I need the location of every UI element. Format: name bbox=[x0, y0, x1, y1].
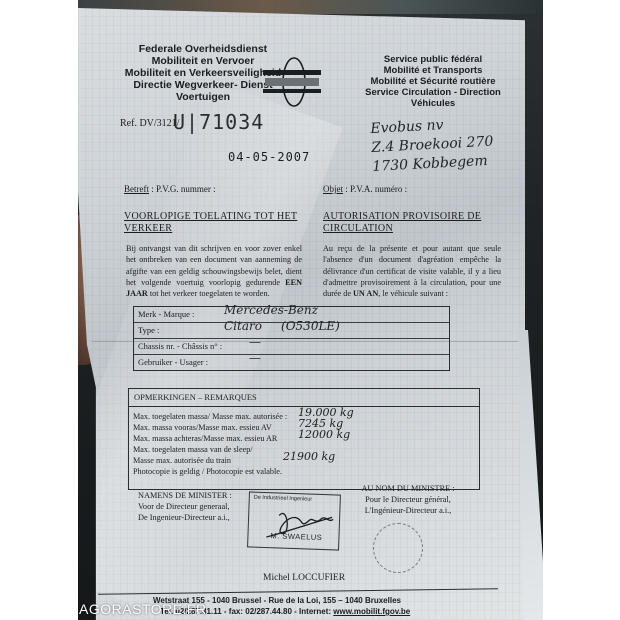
remark-value: 21900 kg bbox=[283, 451, 335, 462]
watermark: AGORASTORE.FR bbox=[79, 601, 207, 617]
remark-item: Max. massa achteras/Masse max. essieu AR… bbox=[133, 433, 475, 444]
body-fr-duration: UN AN bbox=[353, 289, 378, 298]
vehicle-table: Merk - Marque : Mercedes-Benz Type : Cit… bbox=[133, 306, 450, 371]
header-fr-line: Mobilité et Transports bbox=[358, 65, 508, 76]
title-dutch: VOORLOPIGE TOELATING TOT HET VERKEER bbox=[124, 211, 309, 235]
vehicle-row-user: Gebruiker - Usager : — bbox=[134, 355, 449, 370]
signature-fr-line: Pour le Directeur général, bbox=[338, 495, 478, 506]
remark-label: Max. massa achteras/Masse max. essieu AR bbox=[133, 434, 277, 443]
signature-nl-line: NAMENS DE MINISTER : bbox=[138, 491, 232, 502]
body-dutch: Bij ontvangst van dit schrijven en voor … bbox=[126, 243, 302, 299]
header-french: Service public fédéral Mobilité et Trans… bbox=[358, 54, 508, 109]
header-fr-line: Véhicules bbox=[358, 98, 508, 109]
subject-dutch: Betreft : P.V.G. nummer : bbox=[124, 184, 216, 194]
footer-divider bbox=[98, 588, 498, 595]
remark-label: Max. toegelaten massa van de sleep/ bbox=[133, 445, 253, 454]
stamp-title: De Industrieel Ingenieur bbox=[254, 495, 313, 503]
body-french: Au reçu de la présente et pour autant qu… bbox=[323, 243, 501, 299]
subject-nl-label: Betreft bbox=[124, 184, 149, 194]
remark-label: Photocopie is geldig / Photocopie est va… bbox=[133, 467, 282, 476]
federal-mobility-logo-icon bbox=[261, 56, 323, 108]
body-fr-text-end: , le véhicule suivant : bbox=[378, 289, 448, 298]
subject-nl-text: : P.V.G. nummer : bbox=[151, 184, 215, 194]
signature-stamp: De Industrieel Ingenieur M. SWAELUS bbox=[247, 491, 341, 550]
vehicle-label: Type : bbox=[138, 325, 159, 335]
remark-value: 12000 kg bbox=[298, 429, 350, 440]
signature-nl-line: De Ingenieur-Directeur a.i., bbox=[138, 513, 232, 524]
reference-number: U|71034 bbox=[173, 110, 264, 134]
remark-label: Max. toegelaten massa/ Masse max. autori… bbox=[133, 412, 287, 421]
header-fr-line: Service Circulation - Direction bbox=[358, 87, 508, 98]
signer-name: Michel LOCCUFIER bbox=[263, 573, 345, 583]
body-nl-text: Bij ontvangst van dit schrijven en voor … bbox=[126, 244, 302, 287]
subject-fr-text: : P.V.A. numéro : bbox=[345, 184, 407, 194]
vehicle-label: Chassis nr. - Châssis n° : bbox=[138, 341, 222, 351]
stamp-name: M. SWAELUS bbox=[270, 531, 322, 542]
vehicle-value: Mercedes-Benz bbox=[224, 303, 318, 318]
vehicle-value: Citaro (O530LE) bbox=[224, 319, 340, 334]
remark-item: Masse max. autorisée du train21900 kg bbox=[133, 455, 475, 466]
header-nl-line: Federale Overheidsdienst bbox=[108, 43, 298, 55]
remarks-box: OPMERKINGEN – REMARQUES Max. toegelaten … bbox=[128, 388, 480, 490]
vehicle-value: — bbox=[249, 351, 261, 366]
reference-label: Ref. DV/3121/ bbox=[120, 118, 179, 129]
addressee: Evobus nv Z.4 Broekooi 270 1730 Kobbegem bbox=[370, 114, 495, 177]
remarks-heading: OPMERKINGEN – REMARQUES bbox=[129, 389, 479, 407]
vehicle-row-chassis: Chassis nr. - Châssis n° : — bbox=[134, 339, 449, 355]
document: Federale Overheidsdienst Mobiliteit en V… bbox=[78, 8, 525, 620]
signature-block-french: AU NOM DU MINISTRE : Pour le Directeur g… bbox=[338, 484, 478, 516]
vehicle-value: — bbox=[249, 335, 261, 350]
signature-nl-line: Voor de Directeur generaal, bbox=[138, 502, 232, 513]
official-seal-icon bbox=[373, 523, 423, 573]
date-stamp: 04-05-2007 bbox=[228, 150, 310, 164]
body-nl-text-end: tot het verkeer toegelaten te worden. bbox=[148, 289, 270, 298]
signature-fr-line: L'Ingénieur-Directeur a.i., bbox=[338, 506, 478, 517]
vehicle-row-type: Type : Citaro (O530LE) bbox=[134, 323, 449, 339]
header-fr-line: Service public fédéral bbox=[358, 54, 508, 65]
signature-fr-line: AU NOM DU MINISTRE : bbox=[338, 484, 478, 495]
title-french: AUTORISATION PROVISOIRE DE CIRCULATION bbox=[323, 211, 499, 235]
footer-website-link[interactable]: www.mobilit.fgov.be bbox=[333, 607, 410, 616]
subject-fr-label: Objet bbox=[323, 184, 343, 194]
header-fr-line: Mobilité et Sécurité routière bbox=[358, 76, 508, 87]
remark-label: Masse max. autorisée du train bbox=[133, 456, 231, 465]
vehicle-label: Gebruiker - Usager : bbox=[138, 357, 208, 367]
remark-item: Photocopie is geldig / Photocopie est va… bbox=[133, 466, 475, 477]
remarks-list: Max. toegelaten massa/ Masse max. autori… bbox=[129, 407, 479, 477]
remark-label: Max. massa vooras/Masse max. essieu AV bbox=[133, 423, 272, 432]
subject-french: Objet : P.V.A. numéro : bbox=[323, 184, 407, 194]
signature-block-dutch: NAMENS DE MINISTER : Voor de Directeur g… bbox=[138, 491, 232, 523]
vehicle-label: Merk - Marque : bbox=[138, 309, 194, 319]
